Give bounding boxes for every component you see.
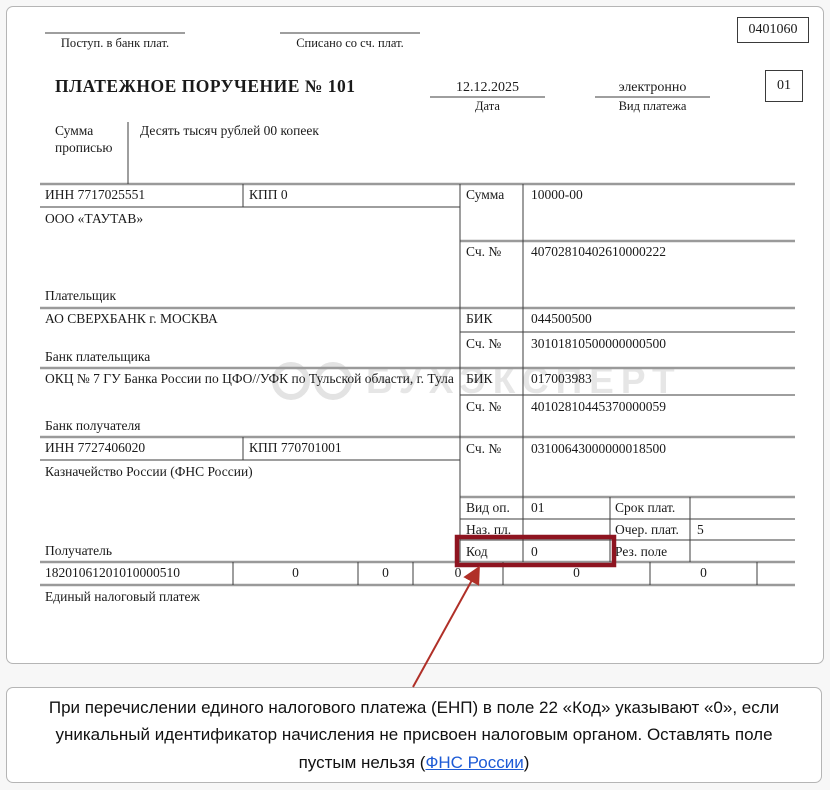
payer-inn: ИНН 7717025551 [45, 187, 145, 204]
payment-kind-value: электронно [595, 79, 710, 97]
payer-label: Плательщик [45, 288, 116, 305]
page: { "form_code": "0401060", "header": { "r… [0, 0, 830, 790]
payment-order-label: Очер. плат. [615, 522, 679, 539]
payer-name: ООО «ТАУТАВ» [45, 211, 143, 228]
payee-bank-label: Банк получателя [45, 418, 140, 435]
oktmo-value: 0 [233, 565, 358, 582]
payer-account-value: 40702810402610000222 [531, 244, 666, 261]
date-label: Дата [430, 99, 545, 115]
payment-purpose-text: Единый налоговый платеж [45, 589, 200, 606]
op-type-label: Вид оп. [466, 500, 510, 517]
payee-label: Получатель [45, 543, 112, 560]
payee-kpp: КПП 770701001 [249, 440, 342, 457]
payee-bank-bik-label: БИК [466, 371, 493, 388]
document-title: ПЛАТЕЖНОЕ ПОРУЧЕНИЕ № 101 [55, 76, 356, 97]
payee-bank-bik-value: 017003983 [531, 371, 592, 388]
payee-bank-name: ОКЦ № 7 ГУ Банка России по ЦФО//УФК по Т… [45, 371, 457, 388]
code-field-value: 0 [531, 544, 538, 561]
payment-kind-label: Вид платежа [595, 99, 710, 115]
payer-bank-bik-value: 044500500 [531, 311, 592, 328]
payment-purpose-code-label: Наз. пл. [466, 522, 511, 539]
note-text-before: При перечислении единого налогового плат… [49, 698, 779, 772]
payer-bank-account-label: Сч. № [466, 336, 501, 353]
doc-date-value: 0 [650, 565, 757, 582]
date-value: 12.12.2025 [430, 79, 545, 97]
sum-label: Сумма [466, 187, 504, 204]
amount-words-label: Сумма прописью [55, 123, 125, 157]
debited-from-account-label: Списано со сч. плат. [280, 36, 420, 52]
payer-kpp: КПП 0 [249, 187, 288, 204]
reserve-field-label: Рез. поле [615, 544, 667, 561]
sum-value: 10000-00 [531, 187, 583, 204]
kbk-value: 18201061201010000510 [45, 565, 180, 582]
payer-bank-name: АО СВЕРХБАНК г. МОСКВА [45, 311, 218, 328]
payee-account-label: Сч. № [466, 441, 501, 458]
payee-inn: ИНН 7727406020 [45, 440, 145, 457]
payer-bank-bik-label: БИК [466, 311, 493, 328]
code-field-label: Код [466, 544, 488, 561]
note-card: При перечислении единого налогового плат… [6, 687, 822, 783]
fns-russia-link[interactable]: ФНС России [425, 753, 523, 772]
payee-name: Казначейство России (ФНС России) [45, 464, 253, 481]
form-code: 0401060 [749, 22, 798, 38]
doc-number-value: 0 [503, 565, 650, 582]
form-code-box: 0401060 [737, 17, 809, 43]
payer-bank-account-value: 30101810500000000500 [531, 336, 666, 353]
amount-words-value: Десять тысяч рублей 00 копеек [140, 123, 319, 140]
op-type-value: 01 [531, 500, 545, 517]
status-code-box: 01 [765, 70, 803, 102]
note-text-after: ) [524, 753, 530, 772]
note-text: При перечислении единого налогового плат… [25, 694, 803, 777]
received-in-bank-label: Поступ. в банк плат. [45, 36, 185, 52]
payer-bank-label: Банк плательщика [45, 349, 150, 366]
payment-term-label: Срок плат. [615, 500, 675, 517]
payee-account-value: 03100643000000018500 [531, 441, 666, 458]
payee-bank-account-label: Сч. № [466, 399, 501, 416]
tax-period-value: 0 [413, 565, 503, 582]
status-code: 01 [777, 78, 791, 94]
payment-basis-value: 0 [358, 565, 413, 582]
payer-account-label: Сч. № [466, 244, 501, 261]
payment-order-value: 5 [697, 522, 704, 539]
payee-bank-account-value: 40102810445370000059 [531, 399, 666, 416]
